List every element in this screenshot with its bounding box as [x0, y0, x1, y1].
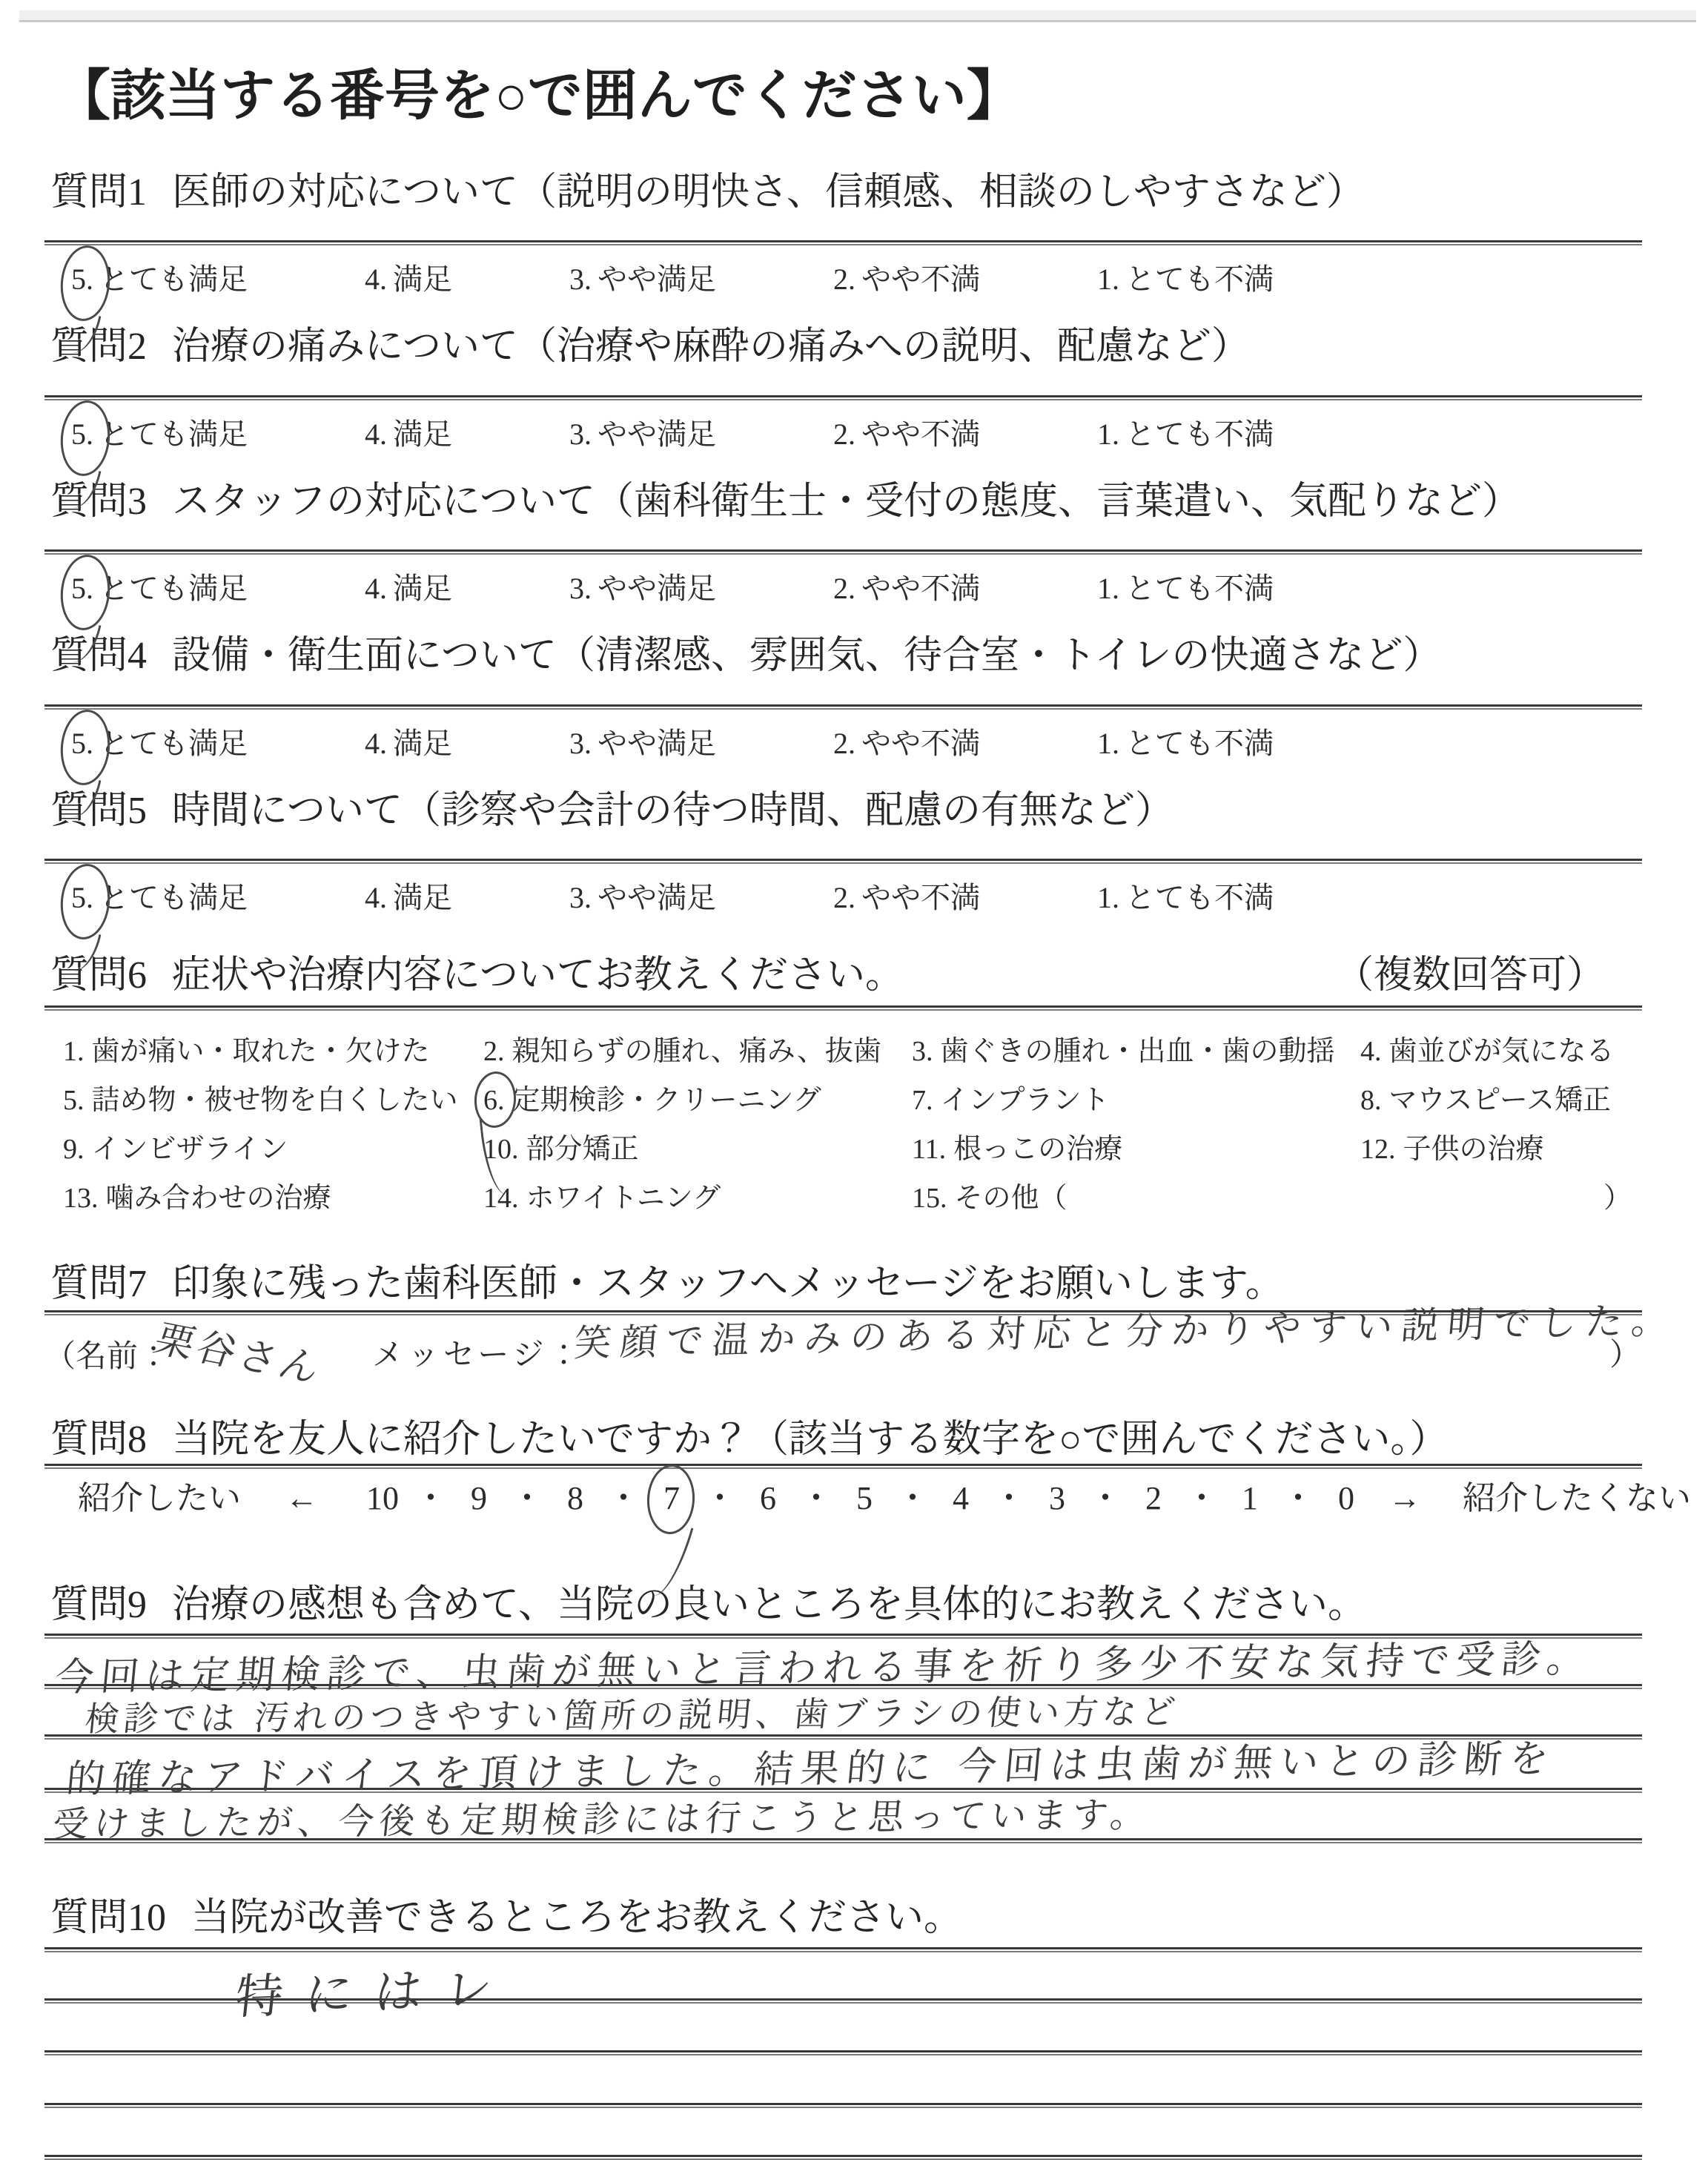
option-text: とても不満	[1125, 727, 1274, 760]
treatment-option: 11.根っこの治療	[912, 1125, 1360, 1174]
rating-option: 4.満足	[365, 879, 452, 917]
question-title: 症状や治療内容についてお教えください。	[172, 954, 904, 997]
question-title-wrap: 質問6症状や治療内容についてお教えください。	[50, 953, 904, 998]
option-text: 部分矯正	[526, 1134, 639, 1165]
option-number: 4.	[1360, 1027, 1382, 1076]
question-header: 質問8当院を友人に紹介したいですか？（該当する数字を○で囲んでください。）	[50, 1417, 1642, 1462]
question-5: 質問5時間について（診察や会計の待つ時間、配慮の有無など） 5.とても満足 4.…	[44, 788, 1642, 917]
option-number: 4.	[365, 569, 387, 608]
answer-lines: 特にはレ	[44, 1947, 1642, 2160]
nps-dot: ・	[693, 1478, 747, 1519]
option-text: 満足	[393, 262, 452, 296]
nps-dot: ・	[1175, 1478, 1228, 1519]
rating-option: 4.満足	[365, 724, 452, 763]
answer-lines: 今回は定期検診で、虫歯が無いと言われる事を祈り多少不安な気持で受診。 検診では …	[44, 1634, 1642, 1843]
option-text: とても満足	[99, 881, 248, 914]
section-rule	[44, 240, 1642, 245]
rating-options: 5.とても満足 4.満足 3.やや満足 2.やや不満 1.とても不満	[71, 724, 1642, 763]
option-text: 根っこの治療	[953, 1134, 1122, 1165]
option-text: 定期検診・クリーニング	[512, 1085, 821, 1116]
nps-number: 5	[843, 1478, 886, 1519]
option-text: やや不満	[861, 262, 980, 296]
question-label: 質問2	[50, 326, 147, 368]
question-header: 質問3スタッフの対応について（歯科衛生士・受付の態度、言葉遣い、気配りなど）	[50, 479, 1642, 524]
question-header: 質問1医師の対応について（説明の明快さ、信頼感、相談のしやすさなど）	[50, 170, 1642, 215]
section-rule	[44, 1464, 1642, 1469]
option-text: やや満足	[598, 727, 716, 760]
option-text: 子供の治療	[1403, 1134, 1544, 1165]
section-rule	[44, 859, 1642, 864]
option-text: ホワイトニング	[526, 1183, 721, 1214]
nps-number: 2	[1132, 1478, 1175, 1519]
question-title: 時間について（診察や会計の待つ時間、配慮の有無など）	[172, 790, 1174, 832]
option-number: 13.	[63, 1174, 99, 1223]
option-text: 歯が痛い・取れた・欠けた	[92, 1036, 430, 1067]
question-label: 質問8	[50, 1418, 147, 1461]
treatment-option: 3.歯ぐきの腫れ・出血・歯の動揺	[912, 1027, 1360, 1076]
option-text: とても不満	[1125, 572, 1274, 605]
nps-right-label: 紹介したくない	[1463, 1478, 1691, 1519]
option-number: 10.	[483, 1125, 519, 1174]
question-header: 質問6症状や治療内容についてお教えください。 （複数回答可）	[50, 953, 1642, 998]
question-title: 当院を友人に紹介したいですか？（該当する数字を○で囲んでください。）	[172, 1418, 1448, 1461]
nps-number: 6	[747, 1478, 790, 1519]
rating-option: 3.やや満足	[569, 260, 716, 299]
form-title: 【該当する番号を○で囲んでください】	[56, 65, 1642, 128]
ruled-line	[44, 2103, 1642, 2108]
option-number: 3.	[912, 1027, 933, 1076]
treatment-option: 9.インビザライン	[63, 1125, 483, 1174]
rating-option: 2.やや不満	[833, 569, 980, 608]
rating-option: 5.とても満足	[71, 879, 248, 917]
question-label: 質問10	[50, 1897, 166, 1939]
treatment-option: 2.親知らずの腫れ、痛み、抜歯	[483, 1027, 912, 1076]
option-text: とても不満	[1125, 262, 1274, 296]
option-number: 2.	[833, 724, 855, 763]
option-text: とても不満	[1125, 881, 1274, 914]
question-title: 医師の対応について（説明の明快さ、信頼感、相談のしやすさなど）	[172, 171, 1365, 214]
rating-option: 2.やや不満	[833, 415, 980, 454]
treatment-option: 1.歯が痛い・取れた・欠けた	[63, 1027, 483, 1076]
question-1: 質問1医師の対応について（説明の明快さ、信頼感、相談のしやすさなど） 5.とても…	[44, 170, 1642, 299]
rating-option: 5.とても満足	[71, 260, 248, 299]
option-number: 4.	[365, 415, 387, 454]
message-answer-row: （名前： 栗谷さん メッセージ： 笑顔で温かみのある対応と分かりやすい説明でした…	[44, 1321, 1642, 1414]
treatment-option: 4.歯並びが気になる	[1360, 1027, 1642, 1076]
option-number: 11.	[912, 1125, 946, 1174]
option-number: 3.	[569, 415, 592, 454]
question-3: 質問3スタッフの対応について（歯科衛生士・受付の態度、言葉遣い、気配りなど） 5…	[44, 479, 1642, 608]
nps-number: 1	[1228, 1478, 1271, 1519]
option-text: とても不満	[1125, 417, 1274, 451]
question-header: 質問5時間について（診察や会計の待つ時間、配慮の有無など）	[50, 788, 1642, 833]
question-title: 治療の感想も含めて、当院の良いところを具体的にお教えください。	[172, 1584, 1366, 1626]
option-number: 12.	[1360, 1125, 1396, 1174]
section-rule	[44, 549, 1642, 555]
close-paren: ）	[1609, 1330, 1641, 1375]
handwritten-name: 栗谷さん	[148, 1308, 332, 1393]
nps-dot: ・	[790, 1478, 843, 1519]
option-text: やや不満	[861, 417, 980, 451]
question-header: 質問4設備・衛生面について（清潔感、雰囲気、待合室・トイレの快適さなど）	[50, 633, 1642, 678]
option-text: やや満足	[598, 262, 716, 296]
option-number: 1.	[1097, 260, 1119, 299]
handwritten-line-4: 受けましたが、今後も定期検診には行こうと思っています。	[51, 1786, 1154, 1847]
rating-options: 5.とても満足 4.満足 3.やや満足 2.やや不満 1.とても不満	[71, 415, 1642, 454]
nps-number: 9	[457, 1478, 500, 1519]
treatment-option-other: 15.その他（	[912, 1174, 1360, 1223]
right-arrow-icon: →	[1388, 1478, 1421, 1519]
rating-option: 1.とても不満	[1097, 415, 1274, 454]
nps-number: 7	[650, 1478, 693, 1519]
option-text: とても満足	[99, 262, 248, 296]
option-number: 5.	[63, 1076, 85, 1125]
option-number: 8.	[1360, 1076, 1382, 1125]
option-text: やや満足	[598, 881, 716, 914]
rating-option: 3.やや満足	[569, 569, 716, 608]
option-text: 満足	[393, 417, 452, 451]
option-text: やや不満	[861, 881, 980, 914]
left-arrow-icon: ←	[285, 1478, 318, 1519]
question-title: 設備・衛生面について（清潔感、雰囲気、待合室・トイレの快適さなど）	[172, 635, 1441, 677]
option-number: 5.	[71, 724, 93, 763]
rating-options: 5.とても満足 4.満足 3.やや満足 2.やや不満 1.とても不満	[71, 260, 1642, 299]
option-text: とても満足	[99, 572, 248, 605]
option-number: 15.	[912, 1174, 947, 1223]
nps-dot: ・	[886, 1478, 939, 1519]
question-2: 質問2治療の痛みについて（治療や麻酔の痛みへの説明、配慮など） 5.とても満足 …	[44, 324, 1642, 453]
option-number: 1.	[63, 1027, 85, 1076]
section-rule	[44, 704, 1642, 710]
treatment-option: 14.ホワイトニング	[483, 1174, 912, 1223]
option-text: 親知らずの腫れ、痛み、抜歯	[512, 1036, 882, 1067]
rating-options: 5.とても満足 4.満足 3.やや満足 2.やや不満 1.とても不満	[71, 879, 1642, 917]
question-label: 質問3	[50, 480, 147, 523]
option-number: 14.	[483, 1174, 519, 1223]
other-close-paren: ）	[1360, 1174, 1642, 1223]
treatment-option: 13.噛み合わせの治療	[63, 1174, 483, 1223]
option-text: 歯ぐきの腫れ・出血・歯の動揺	[941, 1036, 1335, 1067]
nps-row: 紹介したい ← 10・9・8・7・6・5・4・3・2・1・0 → 紹介したくない	[44, 1478, 1642, 1519]
section-rule	[44, 395, 1642, 400]
nps-left-label: 紹介したい	[78, 1478, 241, 1519]
question-9: 質問9治療の感想も含めて、当院の良いところを具体的にお教えください。 今回は定期…	[44, 1582, 1642, 1843]
treatment-options-grid: 1.歯が痛い・取れた・欠けた 2.親知らずの腫れ、痛み、抜歯 3.歯ぐきの腫れ・…	[63, 1027, 1642, 1223]
section-rule	[44, 1005, 1642, 1011]
rating-option: 2.やや不満	[833, 260, 980, 299]
option-text: 満足	[393, 572, 452, 605]
treatment-option: 12.子供の治療	[1360, 1125, 1642, 1174]
nps-dot: ・	[982, 1478, 1036, 1519]
option-number: 3.	[569, 879, 592, 917]
nps-dot: ・	[597, 1478, 650, 1519]
nps-number: 8	[554, 1478, 597, 1519]
rating-option: 1.とても不満	[1097, 724, 1274, 763]
rating-option: 5.とても満足	[71, 569, 248, 608]
option-number: 4.	[365, 879, 387, 917]
option-text: 詰め物・被せ物を白くしたい	[92, 1085, 458, 1116]
option-number: 3.	[569, 569, 592, 608]
option-text: やや満足	[598, 417, 716, 451]
option-number: 5.	[71, 415, 93, 454]
question-label: 質問6	[50, 954, 147, 997]
nps-dot: ・	[404, 1478, 457, 1519]
option-number: 7.	[912, 1076, 933, 1125]
option-number: 1.	[1097, 724, 1119, 763]
nps-number: 3	[1036, 1478, 1079, 1519]
rating-option: 4.満足	[365, 415, 452, 454]
ruled-line	[44, 2050, 1642, 2055]
option-number: 5.	[71, 569, 93, 608]
question-8: 質問8当院を友人に紹介したいですか？（該当する数字を○で囲んでください。） 紹介…	[44, 1417, 1642, 1519]
handwritten-line-2: 検診では 汚れのつきやすい箇所の説明、歯ブラシの使い方など	[83, 1685, 1182, 1741]
option-number: 2.	[833, 569, 855, 608]
option-text: やや不満	[861, 572, 980, 605]
question-header: 質問2治療の痛みについて（治療や麻酔の痛みへの説明、配慮など）	[50, 324, 1642, 369]
treatment-option: 7.インプラント	[912, 1076, 1360, 1125]
question-4: 質問4設備・衛生面について（清潔感、雰囲気、待合室・トイレの快適さなど） 5.と…	[44, 633, 1642, 762]
option-number: 2.	[833, 415, 855, 454]
question-title: 当院が改善できるところをお教えください。	[191, 1897, 962, 1939]
rating-option: 1.とても不満	[1097, 879, 1274, 917]
question-label: 質問9	[50, 1584, 147, 1626]
option-text: 噛み合わせの治療	[106, 1183, 331, 1214]
nps-dot: ・	[1271, 1478, 1325, 1519]
nps-dot: ・	[500, 1478, 554, 1519]
option-number: 2.	[833, 879, 855, 917]
option-number: 9.	[63, 1125, 85, 1174]
option-text: とても満足	[99, 727, 248, 760]
question-7: 質問7印象に残った歯科医師・スタッフへメッセージをお願いします。 （名前： 栗谷…	[44, 1261, 1642, 1413]
option-number: 1.	[1097, 569, 1119, 608]
option-number: 4.	[365, 260, 387, 299]
option-number: 2.	[483, 1027, 505, 1076]
option-number: 5.	[71, 879, 93, 917]
option-text: 満足	[393, 881, 452, 914]
option-number: 3.	[569, 724, 592, 763]
option-text: インビザライン	[92, 1134, 288, 1165]
treatment-option: 5.詰め物・被せ物を白くしたい	[63, 1076, 483, 1125]
rating-option: 4.満足	[365, 260, 452, 299]
option-text: やや不満	[861, 727, 980, 760]
question-label: 質問7	[50, 1263, 147, 1305]
option-number: 1.	[1097, 879, 1119, 917]
option-number: 2.	[833, 260, 855, 299]
question-title: スタッフの対応について（歯科衛生士・受付の態度、言葉遣い、気配りなど）	[172, 480, 1520, 523]
rating-option: 5.とても満足	[71, 724, 248, 763]
question-label: 質問5	[50, 790, 147, 832]
rating-option: 3.やや満足	[569, 724, 716, 763]
rating-option: 1.とても不満	[1097, 260, 1274, 299]
nps-number: 4	[939, 1478, 982, 1519]
treatment-option: 8.マウスピース矯正	[1360, 1076, 1642, 1125]
rating-option: 3.やや満足	[569, 879, 716, 917]
question-label: 質問1	[50, 171, 147, 214]
nps-number: 10	[361, 1478, 404, 1519]
option-number: 6.	[483, 1076, 505, 1125]
option-text: とても満足	[99, 417, 248, 451]
option-text: 歯並びが気になる	[1389, 1036, 1615, 1067]
rating-option: 3.やや満足	[569, 415, 716, 454]
nps-number: 0	[1325, 1478, 1368, 1519]
nps-dot: ・	[1079, 1478, 1132, 1519]
handwritten-answer: 特にはレ	[232, 1949, 517, 2028]
question-6: 質問6症状や治療内容についてお教えください。 （複数回答可） 1.歯が痛い・取れ…	[44, 953, 1642, 1223]
option-number: 4.	[365, 724, 387, 763]
rating-option: 2.やや不満	[833, 724, 980, 763]
treatment-option: 10.部分矯正	[483, 1125, 912, 1174]
ruled-line	[44, 2155, 1642, 2160]
option-number: 5.	[71, 260, 93, 299]
option-text: やや満足	[598, 572, 716, 605]
question-label: 質問4	[50, 635, 147, 677]
ruled-line	[44, 1947, 1642, 1952]
scan-artifact	[19, 10, 1696, 22]
option-text: その他（	[955, 1183, 1067, 1214]
question-title: 印象に残った歯科医師・スタッフへメッセージをお願いします。	[172, 1263, 1284, 1305]
rating-options: 5.とても満足 4.満足 3.やや満足 2.やや不満 1.とても不満	[71, 569, 1642, 608]
message-label: メッセージ：	[372, 1330, 583, 1375]
rating-option: 1.とても不満	[1097, 569, 1274, 608]
option-number: 1.	[1097, 415, 1119, 454]
rating-option: 4.満足	[365, 569, 452, 608]
multi-answer-note: （複数回答可）	[1335, 953, 1605, 998]
option-text: インプラント	[941, 1085, 1110, 1116]
question-title: 治療の痛みについて（治療や麻酔の痛みへの説明、配慮など）	[172, 326, 1250, 368]
question-header: 質問9治療の感想も含めて、当院の良いところを具体的にお教えください。	[50, 1582, 1642, 1628]
question-10: 質問10当院が改善できるところをお教えください。 特にはレ	[44, 1895, 1642, 2159]
question-header: 質問10当院が改善できるところをお教えください。	[50, 1895, 1642, 1941]
rating-option: 5.とても満足	[71, 415, 248, 454]
option-text: マウスピース矯正	[1389, 1085, 1611, 1116]
option-text: 満足	[393, 727, 452, 760]
nps-scale: 10・9・8・7・6・5・4・3・2・1・0	[361, 1478, 1368, 1519]
survey-page: 【該当する番号を○で囲んでください】 質問1医師の対応について（説明の明快さ、信…	[0, 0, 1708, 2160]
rating-option: 2.やや不満	[833, 879, 980, 917]
treatment-option: 6.定期検診・クリーニング	[483, 1076, 912, 1125]
option-number: 3.	[569, 260, 592, 299]
